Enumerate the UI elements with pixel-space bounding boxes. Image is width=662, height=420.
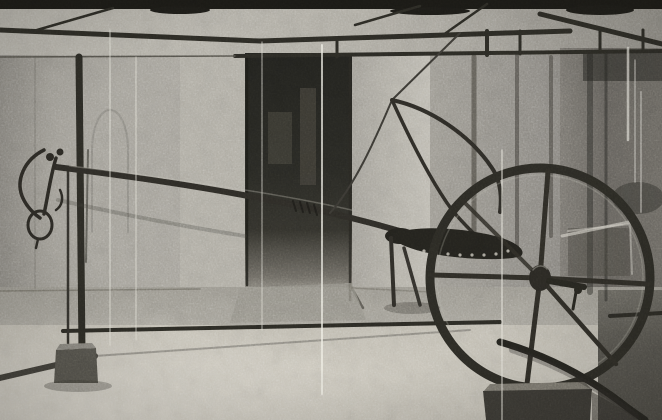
- photo-content: [0, 0, 662, 420]
- body-stay-to-pole: [330, 100, 392, 213]
- case-ceiling-brace: [355, 6, 420, 25]
- wall-floor-junction: [0, 289, 200, 291]
- doorway-floor-mat: [230, 283, 366, 323]
- linchpin: [573, 292, 576, 309]
- chariot-yoke: [20, 149, 63, 249]
- background-case: [568, 228, 630, 276]
- case-bottom-rail: [63, 322, 500, 331]
- case-ceiling-brace: [30, 8, 113, 32]
- body-rail-front: [392, 100, 501, 212]
- yoke-boss: [46, 153, 54, 161]
- yoke-ring: [28, 211, 52, 239]
- wall-right-dark-patch: [583, 53, 662, 81]
- chariot: [20, 33, 650, 420]
- yoke-arm-right: [44, 158, 56, 214]
- body-trestle-leg: [391, 238, 394, 305]
- doorway-interior-shape: [268, 112, 292, 164]
- pedestal-front: [483, 389, 592, 420]
- chariot-body: [330, 33, 523, 305]
- yoke-arm-left: [20, 150, 44, 218]
- body-stay-upper: [392, 33, 460, 100]
- museum-photograph: [0, 0, 662, 420]
- scene-artwork: [0, 0, 662, 420]
- case-top-rail: [0, 30, 570, 41]
- body-trestle-leg: [404, 248, 420, 305]
- stand-base-block: [54, 348, 98, 383]
- doorway-interior-shape: [300, 88, 316, 185]
- yoke-boss: [57, 149, 64, 156]
